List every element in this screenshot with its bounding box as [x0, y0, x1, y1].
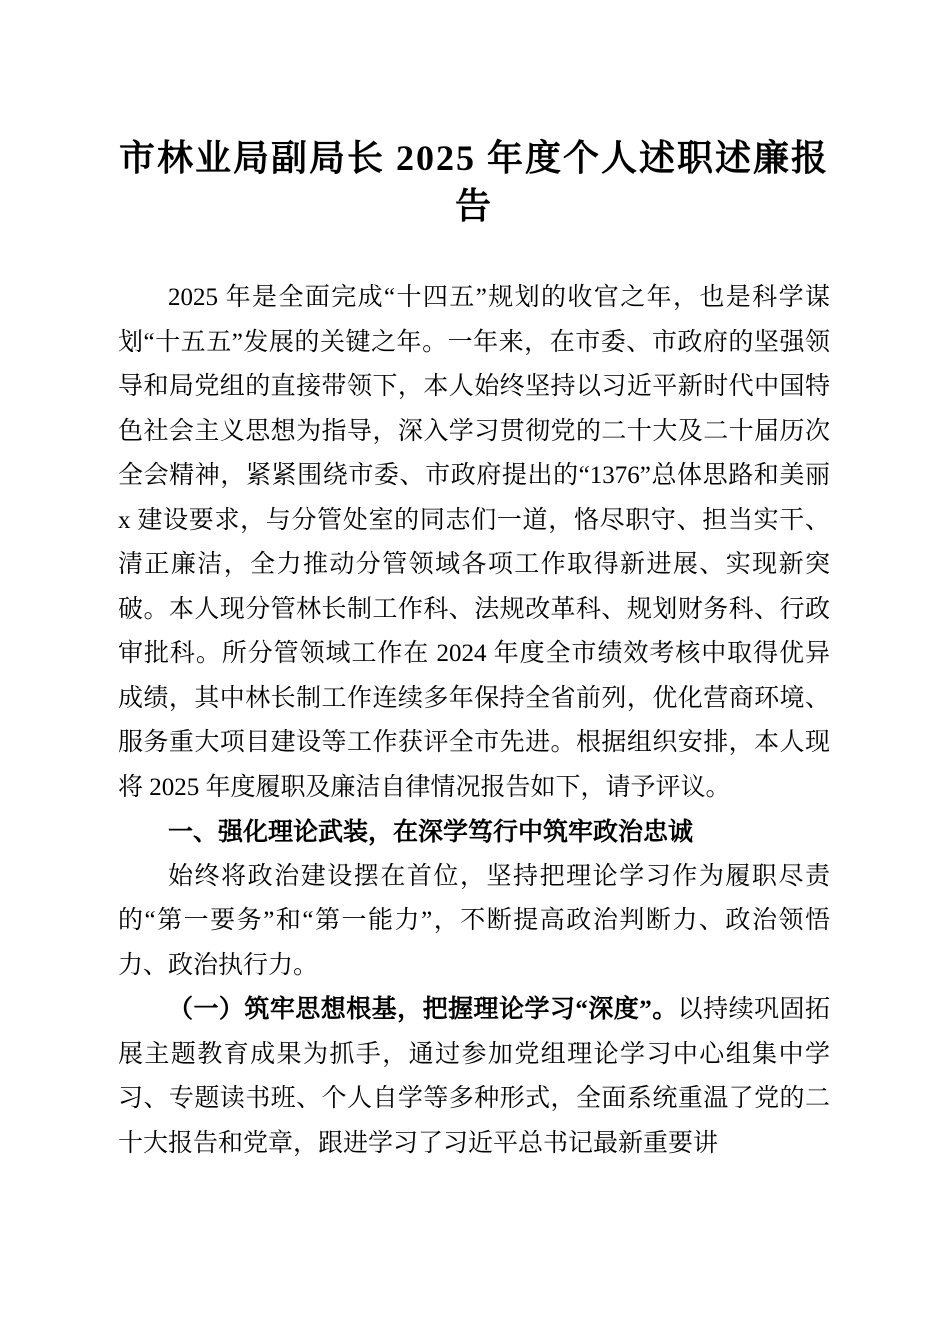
- subsection-1-lead: （一）筑牢思想根基，把握理论学习“深度”。: [168, 996, 678, 1023]
- paragraph-subsection-1: （一）筑牢思想根基，把握理论学习“深度”。以持续巩固拓展主题教育成果为抓手，通过…: [118, 988, 830, 1166]
- document-title: 市林业局副局长 2025 年度个人述职述廉报告: [118, 134, 830, 230]
- document-page: 市林业局副局长 2025 年度个人述职述廉报告 2025 年是全面完成“十四五”…: [0, 0, 950, 1344]
- section-heading-1: 一、强化理论武装，在深学笃行中筑牢政治忠诚: [118, 810, 830, 855]
- paragraph-political-theory: 始终将政治建设摆在首位，坚持把理论学习作为履职尽责的“第一要务”和“第一能力”，…: [118, 855, 830, 989]
- paragraph-intro: 2025 年是全面完成“十四五”规划的收官之年，也是科学谋划“十五五”发展的关键…: [118, 276, 830, 810]
